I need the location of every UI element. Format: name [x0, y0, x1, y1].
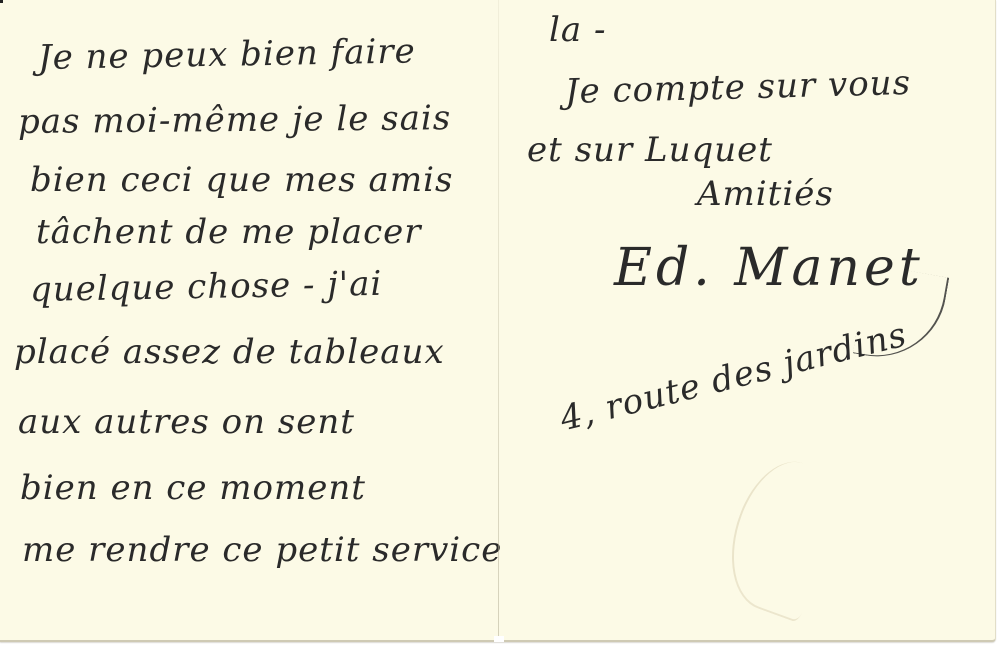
letter-sheet: Je ne peux bien faire pas moi-même je le…	[0, 0, 996, 642]
handwritten-line: bien ceci que mes amis	[30, 160, 453, 200]
handwritten-line: Je compte sur vous	[564, 63, 911, 112]
fold-notch	[494, 636, 504, 642]
handwritten-line: bien en ce moment	[20, 468, 366, 508]
handwritten-line: Je ne peux bien faire	[38, 31, 416, 78]
handwritten-line: me rendre ce petit service	[22, 530, 502, 570]
handwritten-line: tâchent de me placer	[36, 212, 422, 252]
handwritten-line: et sur Luquet	[527, 130, 773, 170]
left-page: Je ne peux bien faire pas moi-même je le…	[0, 0, 498, 640]
handwritten-line: aux autres on sent	[18, 402, 355, 442]
handwritten-line: la -	[549, 10, 606, 50]
handwritten-line: quelque chose - j'ai	[30, 264, 383, 310]
closing-word: Amitiés	[697, 174, 834, 214]
handwritten-line: placé assez de tableaux	[14, 332, 445, 372]
handwritten-line: pas moi-même je le sais	[18, 98, 452, 142]
